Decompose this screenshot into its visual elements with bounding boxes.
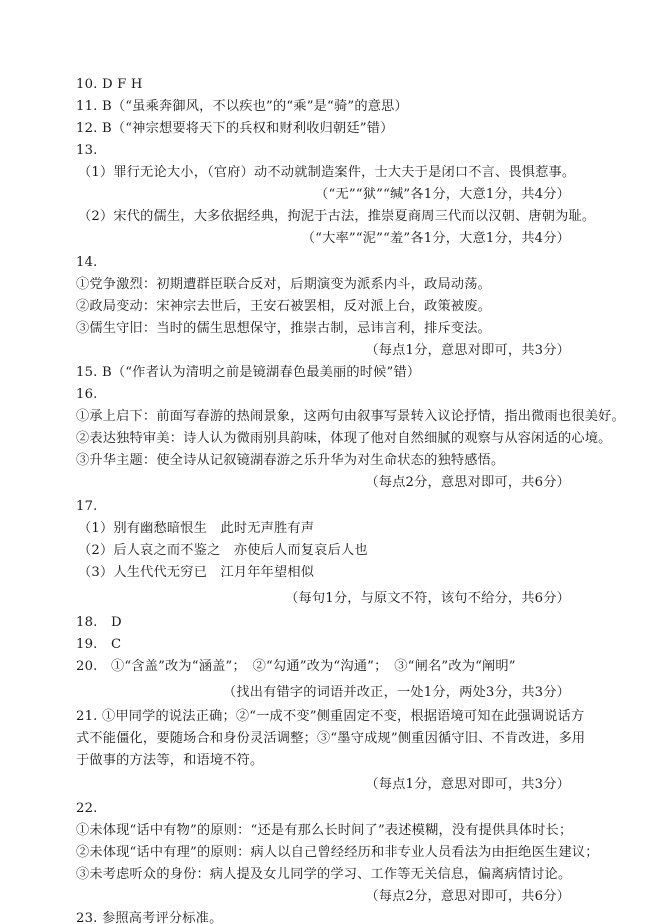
answer-13-2: （2）宋代的儒生，大多依据经典，拘泥于古法，推崇夏商周三代而以汉朝、唐朝为耻。 xyxy=(78,208,595,226)
answer-22-3: ③未考虑听众的身份：病人提及女儿同学的学习、工作等无关信息，偏离病情讨论。 xyxy=(76,866,571,884)
answer-20-score: （找出有错字的词语并改正，一处1分，两处3分，共3分） xyxy=(223,684,570,702)
answer-22-1: ①未体现“话中有物”的原则：“还是有那么长时间了”表述模糊，没有提供具体时长； xyxy=(76,822,572,840)
answer-16-heading: 16. xyxy=(76,386,98,404)
answer-17-heading: 17. xyxy=(76,498,98,516)
answer-10: 10. D F H xyxy=(76,76,143,94)
answer-19: 19. C xyxy=(76,636,121,654)
answer-14-heading: 14. xyxy=(76,254,98,272)
answer-14-1: ①党争激烈：初期遭群臣联合反对，后期演变为派系内斗，政局动荡。 xyxy=(76,276,491,294)
answer-13-heading: 13. xyxy=(76,142,98,160)
answer-14-3: ③儒生守旧：当时的儒生思想保守，推崇古制，忌讳言利，排斥变法。 xyxy=(76,320,491,338)
answer-18: 18. D xyxy=(76,614,122,632)
answer-21: 21. ①甲同学的说法正确；②“一成不变”侧重固定不变，根据语境可知在此强调说话… xyxy=(76,706,588,772)
answer-17-score: （每句1分，与原文不符，该句不给分，共6分） xyxy=(285,590,570,608)
answer-17-2: （2）后人哀之而不鉴之 亦使后人而复哀后人也 xyxy=(78,542,368,560)
answer-13-1-score: （“无”“狱”“缄”各1分，大意1分，共4分） xyxy=(315,186,570,204)
answer-21-score: （每点1分，意思对即可，共3分） xyxy=(365,776,570,794)
answer-16-2: ②表达独特审美：诗人认为微雨别具韵味，体现了他对自然细腻的观察与从容闲适的心境。 xyxy=(76,430,612,448)
answer-16-score: （每点2分，意思对即可，共6分） xyxy=(365,474,570,492)
answer-23: 23. 参照高考评分标准。 xyxy=(76,910,222,924)
answer-13-2-score: （“大率”“泥”“羞”各1分，大意1分，共4分） xyxy=(302,230,570,248)
answer-20: 20. ①“含盖”改为“涵盖”； ②“勾通”改为“沟通”； ③“闸名”改为“阐明… xyxy=(76,658,516,676)
answer-14-score: （每点1分，意思对即可，共3分） xyxy=(365,342,570,360)
answer-16-1: ①承上启下：前面写春游的热闹景象，这两句由叙事写景转入议论抒情，指出微雨也很美好… xyxy=(76,408,625,426)
answer-22-heading: 22. xyxy=(76,800,98,818)
answer-16-3: ③升华主题：使全诗从记叙镜湖春游之乐升华为对生命状态的独特感悟。 xyxy=(76,452,504,470)
answer-key-page: 10. D F H 11. B（“虽乘奔御风，不以疾也”的“乘”是“骑”的意思）… xyxy=(0,0,660,924)
answer-13-1: （1）罪行无论大小，（官府）动不动就制造案件，士大夫于是闭口不言、畏惧惹事。 xyxy=(78,164,575,182)
answer-15: 15. B（“作者认为清明之前是镜湖春色最美丽的时候”错） xyxy=(76,364,420,382)
answer-11: 11. B（“虽乘奔御风，不以疾也”的“乘”是“骑”的意思） xyxy=(76,98,408,116)
answer-14-2: ②政局变动：宋神宗去世后，王安石被罢相，反对派上台，政策被废。 xyxy=(76,298,491,316)
answer-17-3: （3）人生代代无穷已 江月年年望相似 xyxy=(78,564,314,582)
answer-17-1: （1）别有幽愁暗恨生 此时无声胜有声 xyxy=(78,520,314,538)
answer-12: 12. B（“神宗想要将天下的兵权和财利收归朝廷”错） xyxy=(76,120,394,138)
answer-22-score: （每点2分，意思对即可，共6分） xyxy=(365,888,570,906)
answer-22-2: ②未体现“话中有理”的原则：病人以自己曾经经历和非专业人员看法为由拒绝医生建议； xyxy=(76,844,599,862)
